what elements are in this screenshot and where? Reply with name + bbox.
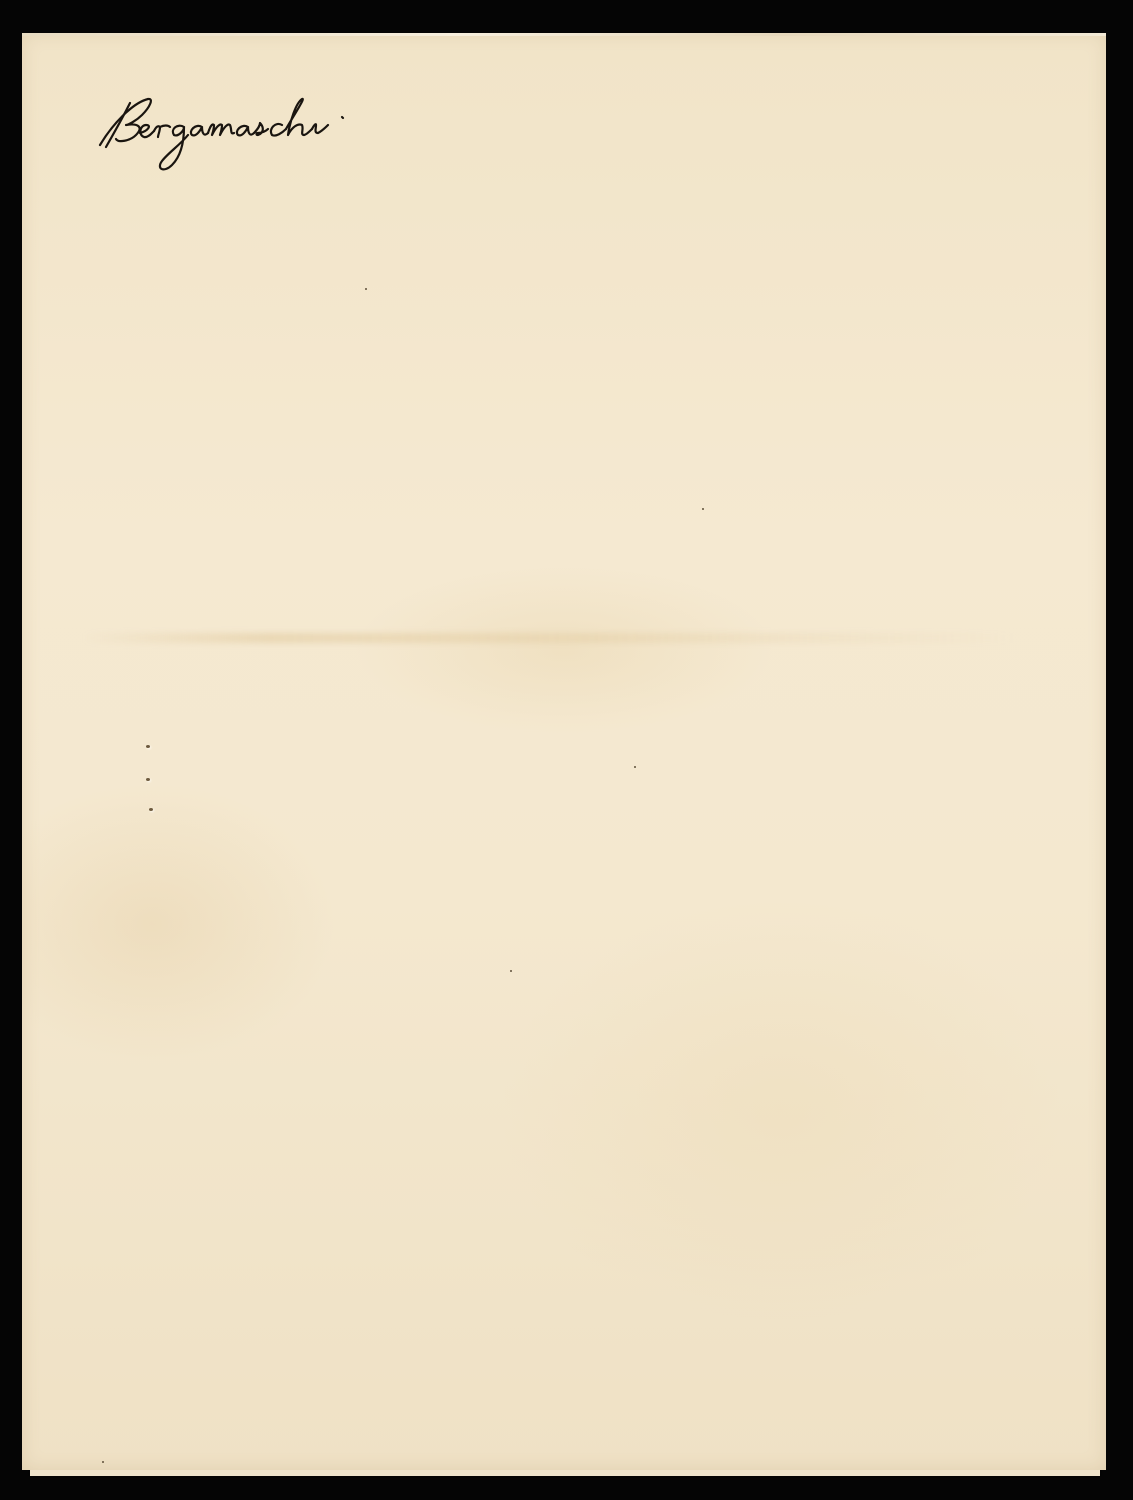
fold-crease (82, 633, 1016, 643)
paper-speck (702, 508, 704, 510)
pin-hole (146, 745, 150, 748)
handwriting-ink (92, 95, 392, 185)
paper-speck (510, 970, 512, 972)
pin-hole (146, 778, 150, 781)
paper-speck (634, 766, 636, 768)
paper-speck (102, 1461, 104, 1463)
handwritten-name: Bergamaschi (92, 95, 392, 185)
paper-speck (365, 288, 367, 290)
paper-sheet: Bergamaschi (22, 33, 1106, 1470)
pin-hole (149, 808, 153, 811)
